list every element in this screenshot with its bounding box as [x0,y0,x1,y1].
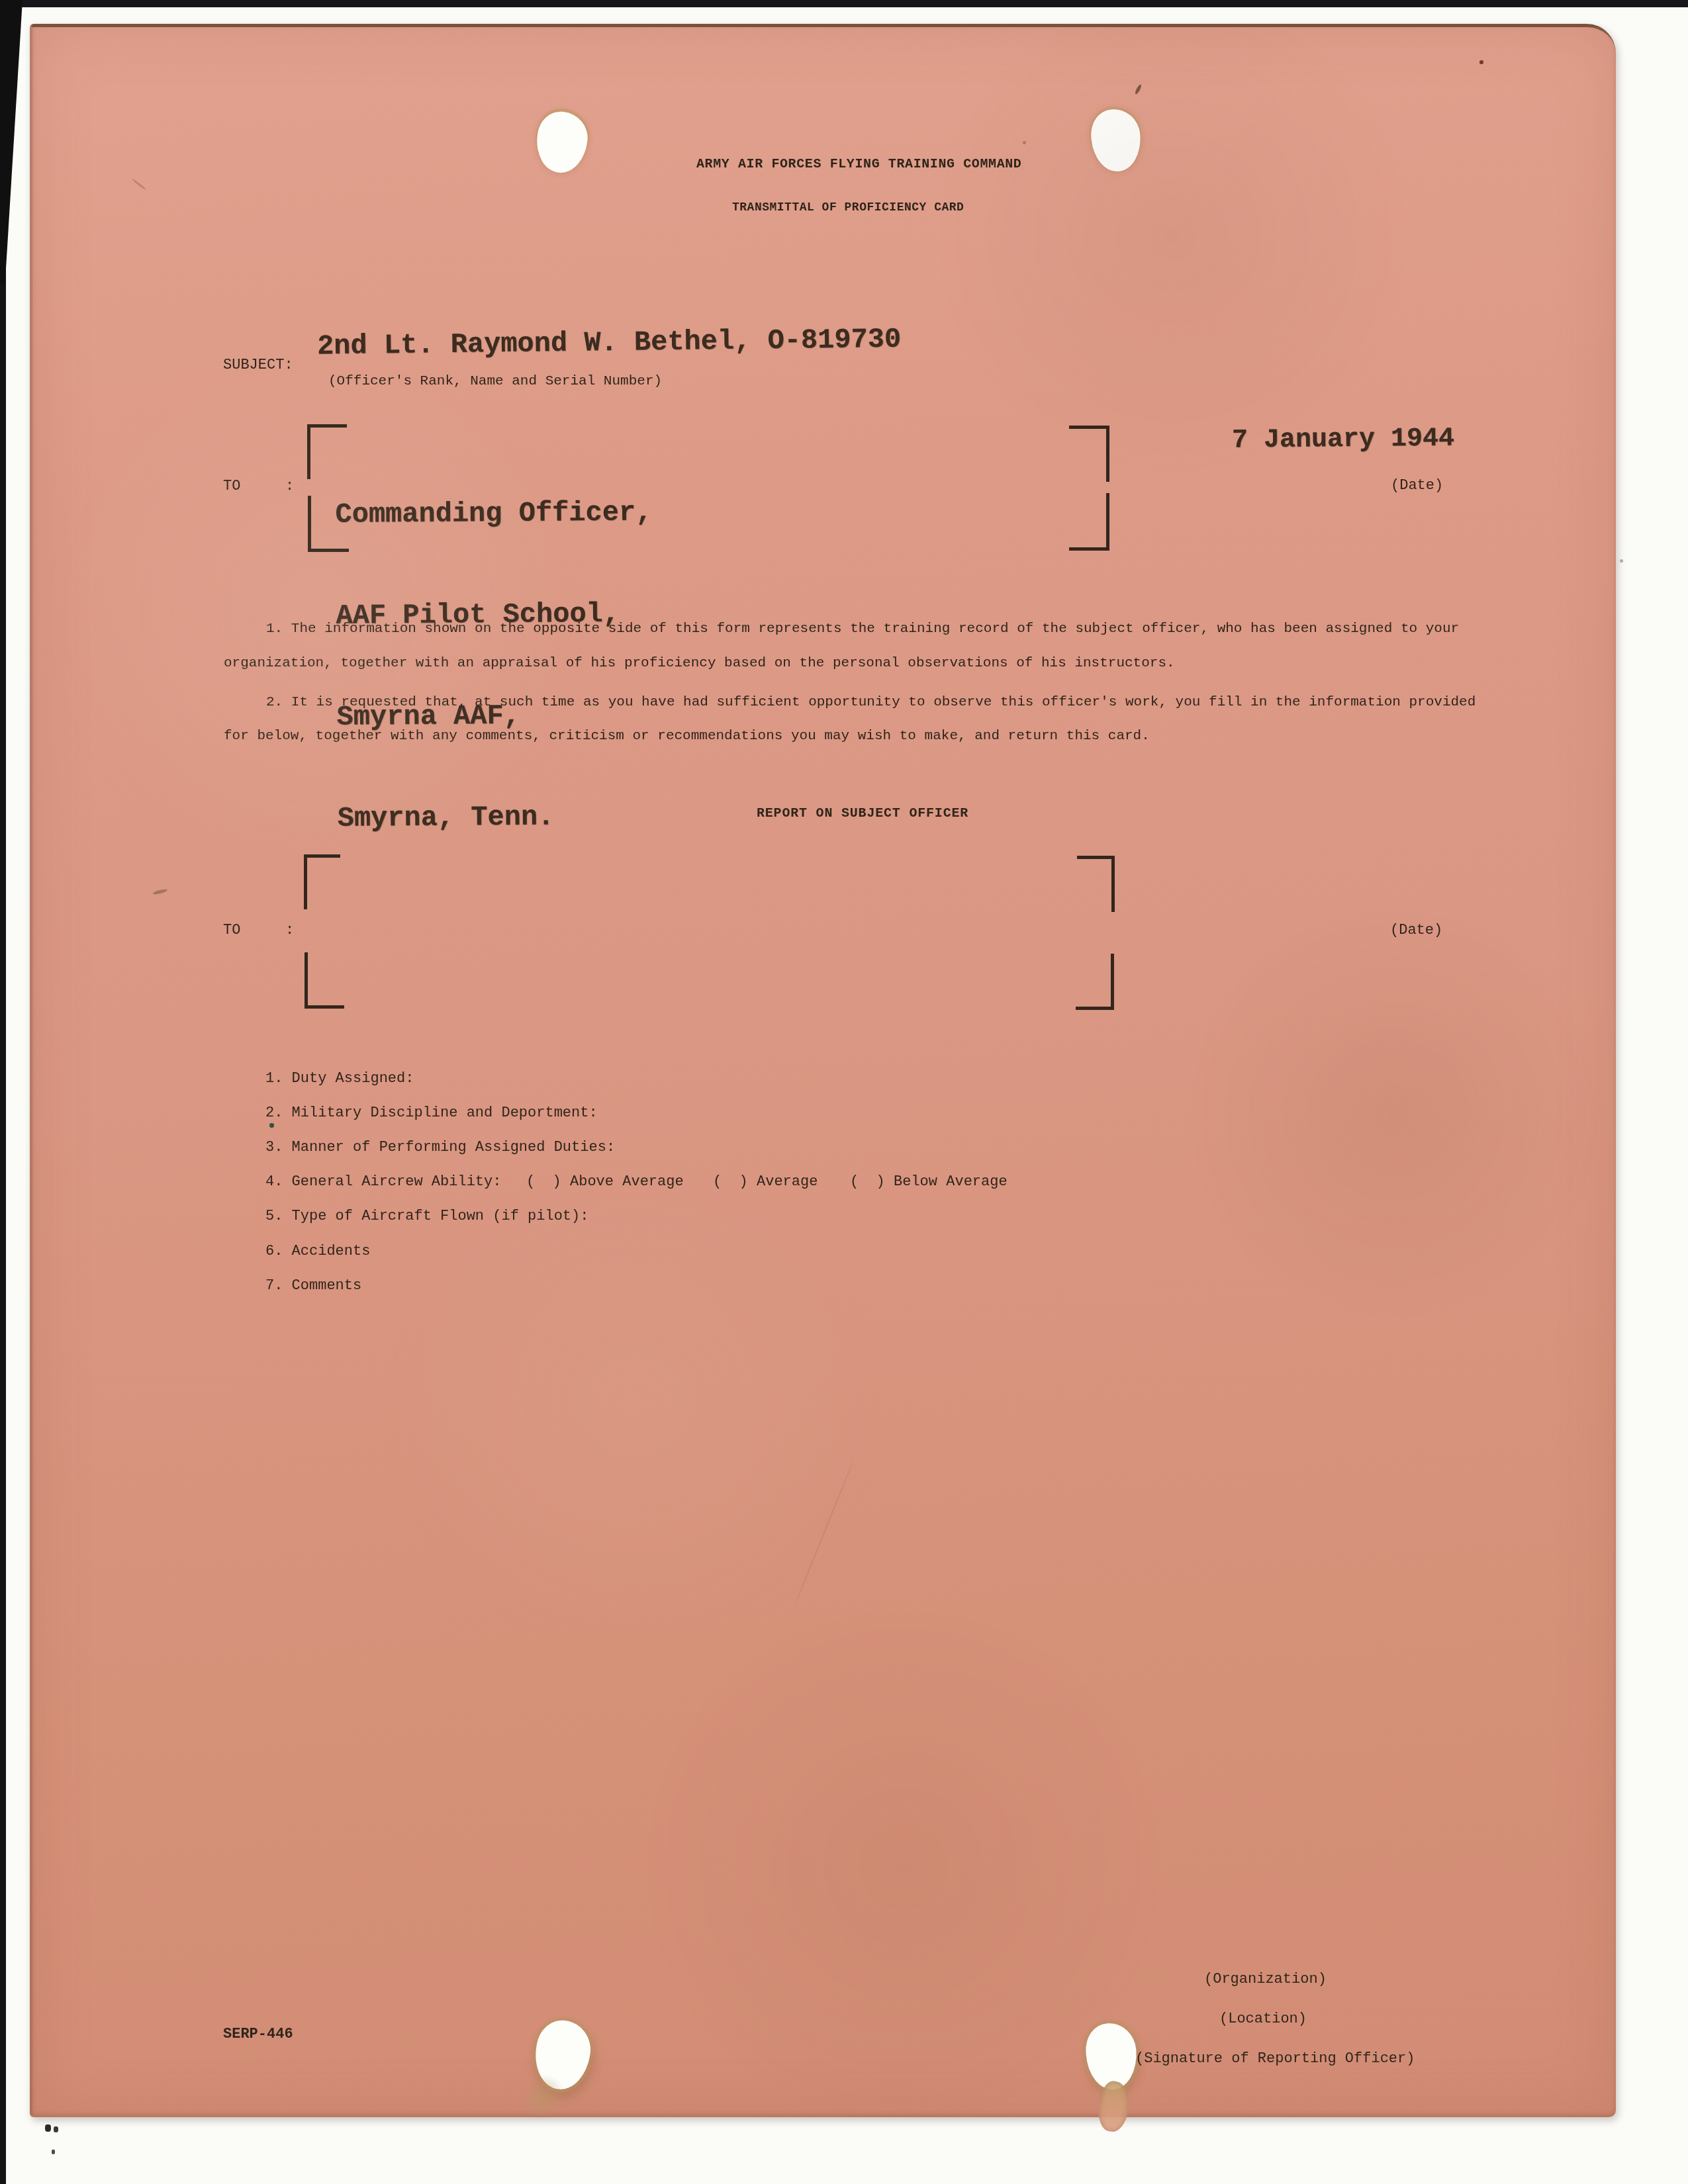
report-item-aircraft-flown: 5. Type of Aircraft Flown (if pilot): [265,1208,588,1224]
form-number: SERP-446 [223,2026,293,2042]
ink-speck [1479,60,1483,64]
instruction-paragraph-1-line-2: organization, together with an appraisal… [224,656,1175,672]
date-label: (Date) [1391,477,1443,494]
address-line: Commanding Officer, [335,496,652,531]
address-bracket-bottom-right [1069,493,1109,551]
paper-tear [1096,2079,1132,2134]
checkbox-average: ( ) Average [713,1173,818,1190]
scan-edge-corner [0,0,23,285]
punch-hole-top-left [534,109,590,175]
ink-speck [1023,141,1026,144]
report-bracket-top-right [1077,856,1115,912]
report-item-comments: 7. Comments [265,1277,361,1294]
dust-speck [1620,559,1623,563]
report-date-label: (Date) [1390,922,1442,938]
checkbox-below-average: ( ) Below Average [850,1173,1008,1190]
report-item-manner-of-duties: 3. Manner of Performing Assigned Duties: [265,1139,615,1156]
subject-officer-name: 2nd Lt. Raymond W. Bethel, O-819730 [317,324,902,363]
report-bracket-bottom-right [1076,954,1114,1010]
scan-edge-left [0,0,6,2184]
report-item-military-discipline: 2. Military Discipline and Deportment: [265,1105,598,1121]
report-item-accidents: 6. Accidents [265,1243,370,1259]
report-item-aircrew-ability: 4. General Aircrew Ability: [265,1173,501,1190]
scan-edge-top [0,0,1688,7]
to-label: TO [223,478,240,494]
command-title: ARMY AIR FORCES FLYING TRAINING COMMAND [696,157,1021,172]
date-value: 7 January 1944 [1232,424,1454,457]
instruction-paragraph-2-line-2: for below, together with any comments, c… [224,729,1150,745]
organization-label: (Organization) [1204,1971,1327,1987]
document-scan: ARMY AIR FORCES FLYING TRAINING COMMAND … [0,0,1688,2184]
checkbox-above-average: ( ) Above Average [526,1173,684,1190]
form-title: TRANSMITTAL OF PROFICIENCY CARD [732,201,964,215]
report-to-label: TO [223,922,240,938]
address-bracket-top-right [1069,426,1109,482]
report-to-colon: : [285,922,294,938]
ink-speck [1135,84,1143,95]
report-bracket-bottom-left [305,952,344,1009]
punch-hole-top-right [1089,107,1143,173]
ink-speck [269,1123,274,1128]
pencil-mark [153,888,168,895]
to-colon: : [285,478,294,494]
report-item-duty-assigned: 1. Duty Assigned: [265,1070,414,1087]
instruction-paragraph-1-line-1: 1. The information shown on the opposite… [266,621,1459,637]
report-section-heading: REPORT ON SUBJECT OFFICER [757,806,968,821]
signature-label: (Signature of Reporting Officer) [1135,2050,1415,2067]
form-page: ARMY AIR FORCES FLYING TRAINING COMMAND … [30,24,1616,2117]
subject-label: SUBJECT: [223,357,293,373]
location-label: (Location) [1219,2011,1307,2027]
paper-crease [795,1462,853,1604]
subject-caption: (Officer's Rank, Name and Serial Number) [328,374,662,390]
report-bracket-top-left [304,854,340,909]
paper-scratch [132,178,146,190]
address-line: Smyrna, Tenn. [337,799,654,835]
ink-scribble [45,2124,51,2132]
instruction-paragraph-2-line-1: 2. It is requested that, at such time as… [266,695,1476,711]
